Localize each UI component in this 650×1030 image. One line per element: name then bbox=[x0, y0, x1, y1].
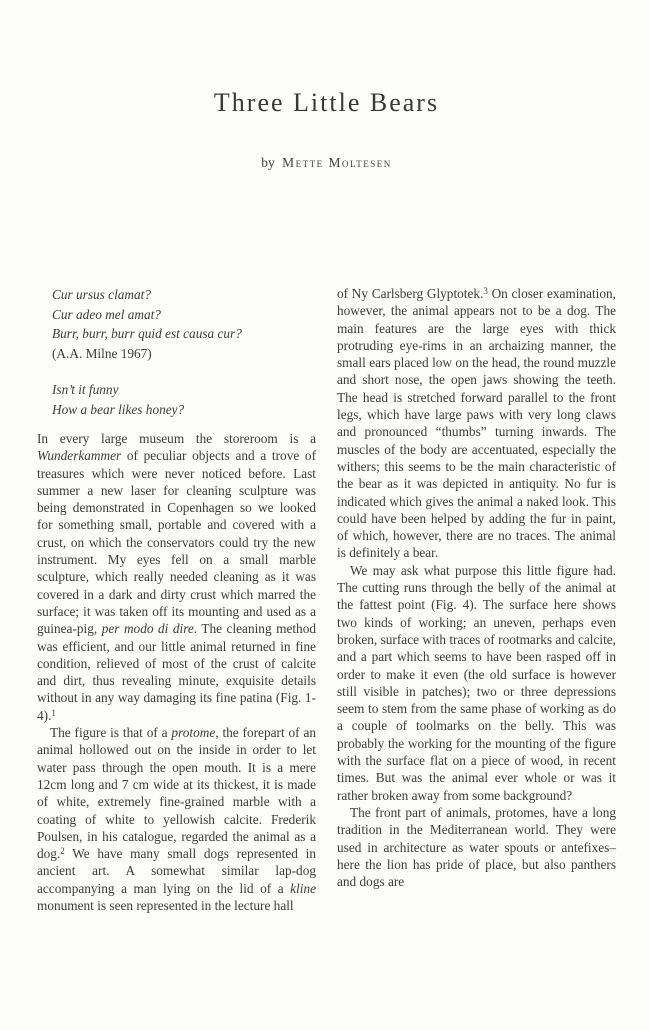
body-paragraph: of Ny Carlsberg Glyptotek.3 On closer ex… bbox=[337, 285, 616, 562]
right-column: of Ny Carlsberg Glyptotek.3 On closer ex… bbox=[337, 285, 616, 914]
epigraph-line: Cur adeo mel amat? bbox=[52, 305, 316, 325]
epigraph-line: Cur ursus clamat? bbox=[52, 285, 316, 305]
body-paragraph: We may ask what purpose this little figu… bbox=[337, 562, 616, 804]
body-paragraph: The front part of animals, protomes, hav… bbox=[337, 804, 616, 890]
epigraph-stanza-1: Cur ursus clamat? Cur adeo mel amat? Bur… bbox=[52, 285, 316, 363]
page-title: Three Little Bears bbox=[37, 88, 616, 118]
epigraph-line: Isn’t it funny bbox=[52, 380, 316, 400]
epigraph: Cur ursus clamat? Cur adeo mel amat? Bur… bbox=[37, 285, 316, 419]
epigraph-stanza-2: Isn’t it funny How a bear likes honey? bbox=[52, 380, 316, 419]
body-paragraph: In every large museum the storeroom is a… bbox=[37, 430, 316, 724]
two-column-text: Cur ursus clamat? Cur adeo mel amat? Bur… bbox=[37, 285, 616, 914]
epigraph-line: How a bear likes honey? bbox=[52, 400, 316, 420]
article-page: Three Little Bears by Mette Moltesen Cur… bbox=[0, 0, 650, 1030]
epigraph-citation: (A.A. Milne 1967) bbox=[52, 344, 316, 364]
byline-prefix: by bbox=[261, 155, 275, 170]
left-column: Cur ursus clamat? Cur adeo mel amat? Bur… bbox=[37, 285, 316, 914]
epigraph-line: Burr, burr, burr quid est causa cur? bbox=[52, 324, 316, 344]
byline: by Mette Moltesen bbox=[37, 154, 616, 171]
author-name: Mette Moltesen bbox=[282, 155, 392, 170]
body-paragraph: The figure is that of a protome, the for… bbox=[37, 724, 316, 914]
